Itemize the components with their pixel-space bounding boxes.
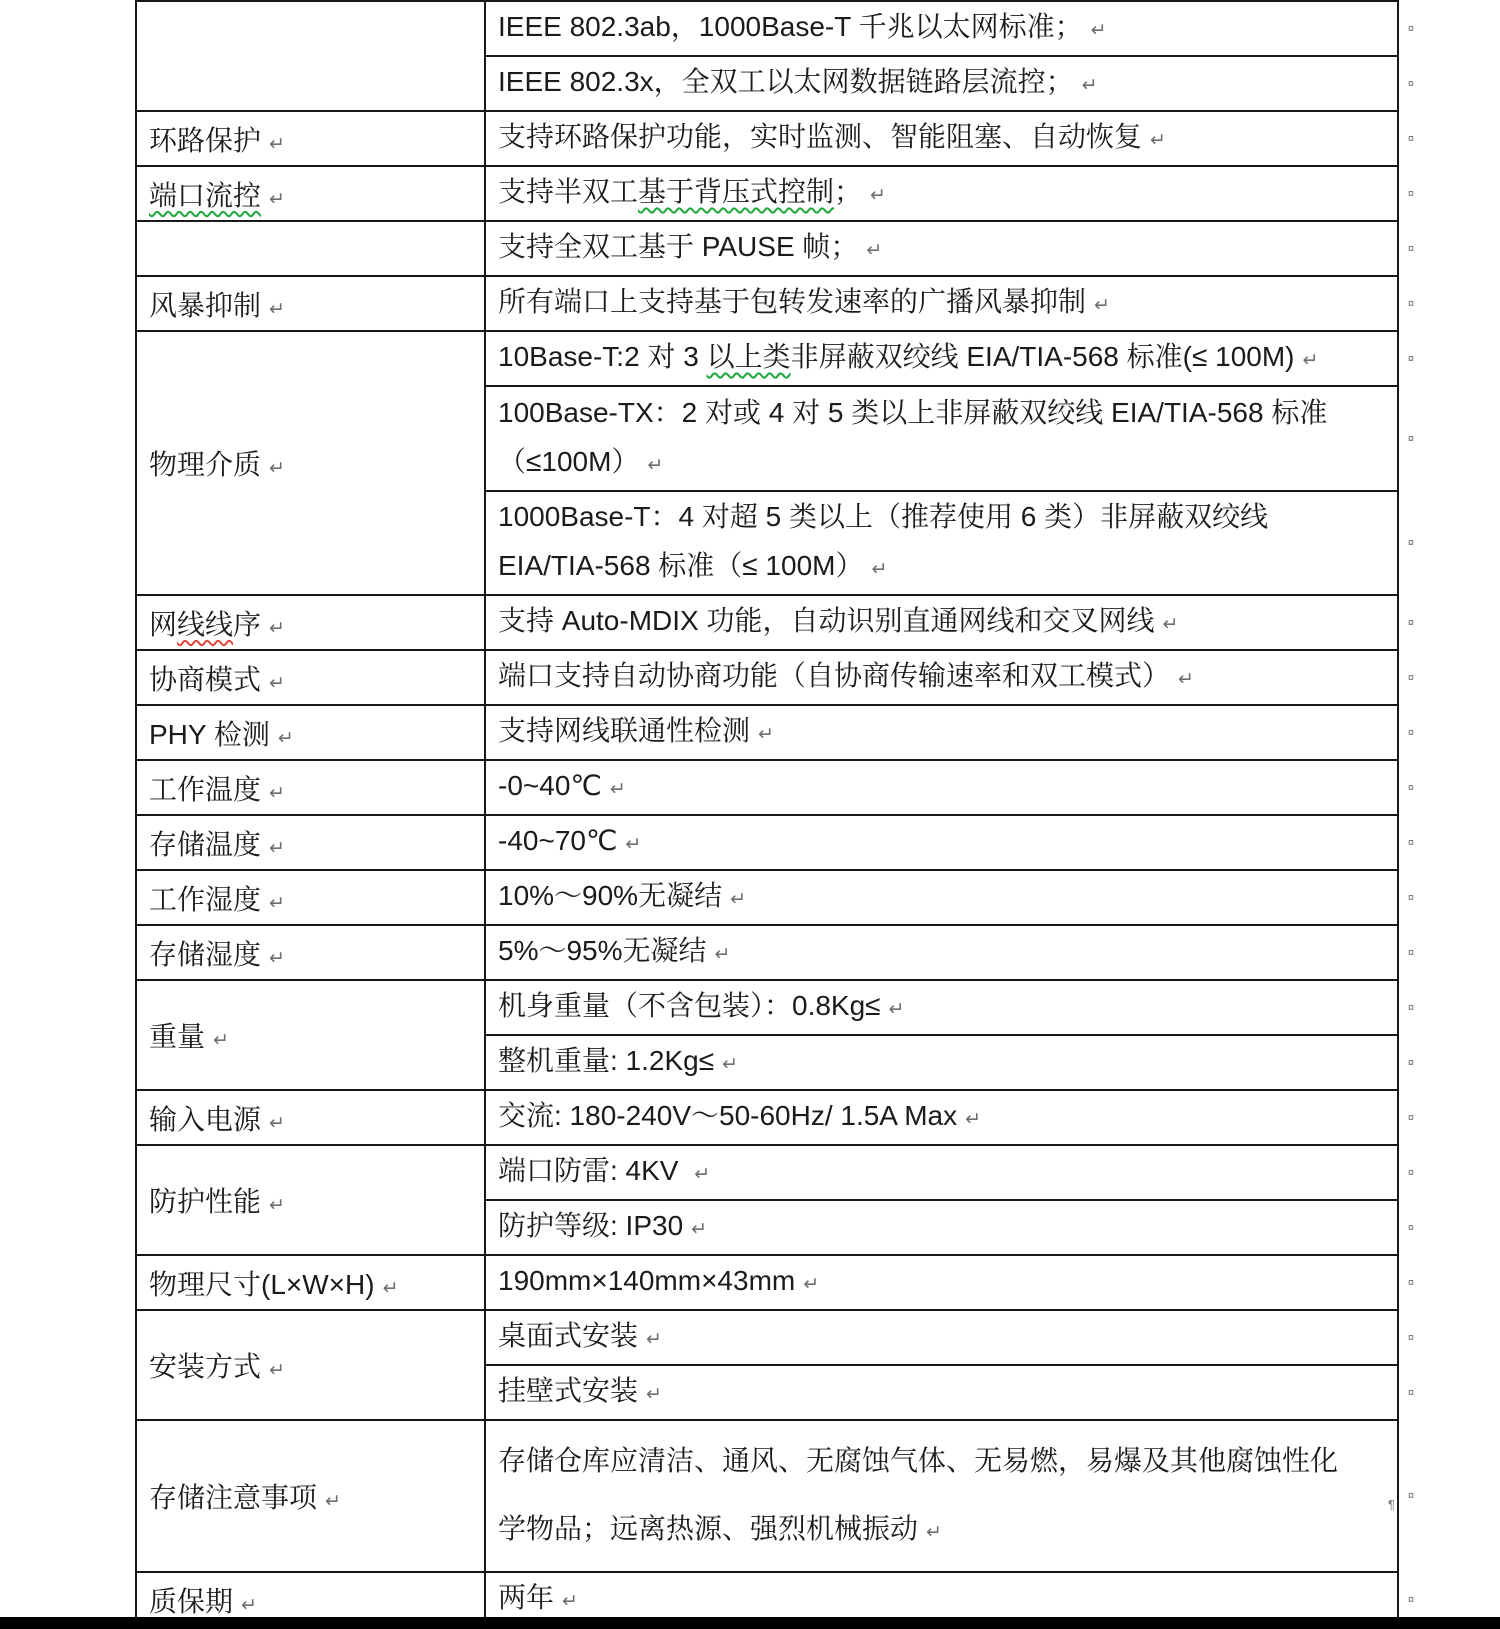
- text-segment: 端口支持自动协商功能（自协商传输速率和双工模式）: [498, 660, 1170, 691]
- text-segment: 重量: [149, 1021, 205, 1052]
- paragraph-mark-icon: ↵: [965, 1108, 981, 1130]
- text-segment: IEEE 802.3x，全双工以太网数据链路层流控；: [498, 66, 1074, 97]
- text-segment: 两年: [498, 1582, 554, 1613]
- spec-value-cell: 挂壁式安装↵¤: [485, 1365, 1398, 1420]
- paragraph-mark-icon: ↵: [241, 1594, 257, 1616]
- value-line: 100Base-TX：2 对或 4 对 5 类以上非屏蔽双绞线 EIA/TIA-…: [498, 388, 1389, 437]
- row-end-mark-icon: ¤: [1408, 78, 1414, 90]
- row-end-mark-icon: ¤: [1408, 1490, 1414, 1502]
- row-end-mark-icon: ¤: [1408, 892, 1414, 904]
- text-segment: 存储注意事项: [149, 1482, 317, 1513]
- table-row: 物理尺寸(L×W×H)↵190mm×140mm×43mm↵¤: [136, 1255, 1398, 1310]
- paragraph-mark-icon: ↵: [1302, 349, 1318, 371]
- value-line: 支持 Auto-MDIX 功能，自动识别直通网线和交叉网线↵: [498, 596, 1389, 649]
- value-line: 挂壁式安装↵: [498, 1366, 1389, 1419]
- paragraph-mark-icon: ↵: [803, 1273, 819, 1295]
- table-row: 网线线序↵支持 Auto-MDIX 功能，自动识别直通网线和交叉网线↵¤: [136, 595, 1398, 650]
- text-segment: EIA/TIA-568 标准（≤ 100M）: [498, 550, 863, 581]
- spec-value-cell: 1000Base-T：4 对超 5 类以上（推荐使用 6 类）非屏蔽双绞线EIA…: [485, 491, 1398, 595]
- text-segment: 支持 Auto-MDIX 功能，自动识别直通网线和交叉网线: [498, 605, 1155, 636]
- spec-label-cell: 安装方式↵: [136, 1310, 485, 1420]
- table-row: 工作湿度↵10%～90%无凝结↵¤: [136, 870, 1398, 925]
- text-segment: 安装方式: [149, 1351, 261, 1382]
- spec-label-cell: 防护性能↵: [136, 1145, 485, 1255]
- spec-label-cell: 重量↵: [136, 980, 485, 1090]
- spec-value-cell: 支持半双工基于背压式控制；↵¤: [485, 166, 1398, 221]
- paragraph-mark-icon: ↵: [269, 672, 285, 694]
- paragraph-mark-icon: ↵: [269, 837, 285, 859]
- paragraph-mark-icon: ↵: [269, 1359, 285, 1381]
- row-end-mark-icon: ¤: [1408, 617, 1414, 629]
- paragraph-mark-icon: ↵: [889, 998, 905, 1020]
- spec-label-cell: 存储湿度↵: [136, 925, 485, 980]
- spec-label-cell: 工作湿度↵: [136, 870, 485, 925]
- paragraph-mark-icon: ↵: [1178, 668, 1194, 690]
- table-row: 重量↵机身重量（不含包装）：0.8Kg≤↵¤: [136, 980, 1398, 1035]
- text-segment: ；: [834, 176, 862, 207]
- spec-value-cell: IEEE 802.3x，全双工以太网数据链路层流控；↵¤: [485, 56, 1398, 111]
- text-segment: 1000Base-T：4 对超 5 类以上（推荐使用 6 类）非屏蔽双绞线: [498, 501, 1268, 532]
- spec-value-cell: -0~40℃↵¤: [485, 760, 1398, 815]
- text-segment: 防护性能: [149, 1186, 261, 1217]
- table-row: 存储温度↵-40~70℃↵¤: [136, 815, 1398, 870]
- text-segment: 支持环路保护功能，实时监测、智能阻塞、自动恢复: [498, 121, 1142, 152]
- row-end-mark-icon: ¤: [1408, 353, 1414, 365]
- spec-label-cell: 端口流控↵: [136, 166, 485, 221]
- table-row: 防护性能↵端口防雷: 4KV ↵¤: [136, 1145, 1398, 1200]
- spec-value-cell: 支持 Auto-MDIX 功能，自动识别直通网线和交叉网线↵¤: [485, 595, 1398, 650]
- spec-label-cell: 存储温度↵: [136, 815, 485, 870]
- paragraph-mark-icon: ↵: [610, 778, 626, 800]
- spec-value-cell: 端口防雷: 4KV ↵¤: [485, 1145, 1398, 1200]
- paragraph-mark-icon: ↵: [647, 454, 663, 476]
- text-segment: 挂壁式安装: [498, 1375, 638, 1406]
- spec-label-cell: 工作温度↵: [136, 760, 485, 815]
- spec-table-body: IEEE 802.3ab，1000Base-T 千兆以太网标准；↵¤IEEE 8…: [136, 1, 1398, 1627]
- text-segment: 存储温度: [149, 829, 261, 860]
- spec-value-cell: 190mm×140mm×43mm↵¤: [485, 1255, 1398, 1310]
- paragraph-mark-icon: ↵: [269, 782, 285, 804]
- squiggle-green-text: 基于背压式控制: [638, 176, 834, 207]
- table-row: 风暴抑制↵所有端口上支持基于包转发速率的广播风暴抑制↵¤: [136, 276, 1398, 331]
- table-row: 物理介质↵10Base-T:2 对 3 以上类非屏蔽双绞线 EIA/TIA-56…: [136, 331, 1398, 386]
- paragraph-mark-icon: ↵: [1082, 74, 1098, 96]
- text-segment: 10Base-T:2 对 3: [498, 341, 707, 372]
- text-segment: 10%～90%无凝结: [498, 880, 722, 911]
- row-end-mark-icon: ¤: [1408, 537, 1414, 549]
- value-line: 交流: 180-240V～50-60Hz/ 1.5A Max↵: [498, 1091, 1389, 1144]
- table-row: 存储注意事项↵存储仓库应清洁、通风、无腐蚀气体、无易燃，易爆及其他腐蚀性化学物品…: [136, 1420, 1398, 1572]
- paragraph-mark-icon: ↵: [269, 617, 285, 639]
- paragraph-mark-icon: ↵: [562, 1590, 578, 1612]
- paragraph-mark-icon: ↵: [871, 558, 887, 580]
- table-row: 工作温度↵-0~40℃↵¤: [136, 760, 1398, 815]
- paragraph-mark-icon: ↵: [269, 947, 285, 969]
- paragraph-mark-icon: ↵: [383, 1277, 399, 1299]
- value-line: 10%～90%无凝结↵: [498, 871, 1389, 924]
- spec-table: IEEE 802.3ab，1000Base-T 千兆以太网标准；↵¤IEEE 8…: [135, 0, 1399, 1628]
- value-line: 端口防雷: 4KV ↵: [498, 1146, 1389, 1199]
- value-line: 学物品；远离热源、强烈机械振动↵: [498, 1495, 1389, 1566]
- paragraph-mark-icon: ↵: [1091, 19, 1107, 41]
- row-end-mark-icon: ¤: [1408, 298, 1414, 310]
- spec-value-cell: 整机重量: 1.2Kg≤↵¤: [485, 1035, 1398, 1090]
- paragraph-mark-icon: ↵: [870, 184, 886, 206]
- spec-label-cell: 输入电源↵: [136, 1090, 485, 1145]
- value-line: 整机重量: 1.2Kg≤↵: [498, 1036, 1389, 1089]
- paragraph-mark-icon: ↵: [926, 1521, 942, 1543]
- table-row: 输入电源↵交流: 180-240V～50-60Hz/ 1.5A Max↵¤: [136, 1090, 1398, 1145]
- text-segment: 风暴抑制: [149, 290, 261, 321]
- paragraph-mark-icon: ↵: [625, 833, 641, 855]
- value-line: -0~40℃↵: [498, 761, 1389, 814]
- row-end-mark-icon: ¤: [1408, 1167, 1414, 1179]
- text-segment: 190mm×140mm×43mm: [498, 1265, 795, 1296]
- row-end-mark-icon: ¤: [1408, 188, 1414, 200]
- spec-value-cell: IEEE 802.3ab，1000Base-T 千兆以太网标准；↵¤: [485, 1, 1398, 56]
- spec-value-cell: 桌面式安装↵¤: [485, 1310, 1398, 1365]
- text-segment: 支持全双工基于 PAUSE 帧；: [498, 231, 858, 262]
- paragraph-mark-icon: ↵: [758, 723, 774, 745]
- text-segment: 交流: 180-240V～50-60Hz/ 1.5A Max: [498, 1100, 957, 1131]
- spec-label-cell: 风暴抑制↵: [136, 276, 485, 331]
- paragraph-mark-icon: ↵: [1094, 294, 1110, 316]
- paragraph-mark-icon: ↵: [722, 1053, 738, 1075]
- row-end-mark-icon: ¤: [1408, 1057, 1414, 1069]
- text-segment: 非屏蔽双绞线 EIA/TIA-568 标准(≤ 100M): [791, 341, 1295, 372]
- row-end-mark-icon: ¤: [1408, 672, 1414, 684]
- value-line: 支持半双工基于背压式控制；↵: [498, 167, 1389, 220]
- text-segment: 物理尺寸(L×W×H): [149, 1269, 375, 1300]
- spec-value-cell: 支持环路保护功能，实时监测、智能阻塞、自动恢复↵¤: [485, 111, 1398, 166]
- paragraph-mark-icon: ↵: [1150, 129, 1166, 151]
- text-segment: 序: [233, 609, 261, 640]
- spec-value-cell: 支持全双工基于 PAUSE 帧；↵¤: [485, 221, 1398, 276]
- spec-label-cell-empty: [136, 1, 485, 111]
- paragraph-mark-icon: ↵: [213, 1029, 229, 1051]
- spec-value-cell: 5%～95%无凝结↵¤: [485, 925, 1398, 980]
- value-line: 防护等级: IP30↵: [498, 1201, 1389, 1254]
- text-segment: 质保期: [149, 1586, 233, 1617]
- page-bottom-divider: [0, 1617, 1500, 1629]
- table-row: PHY 检测↵支持网线联通性检测↵¤: [136, 705, 1398, 760]
- value-line: 支持全双工基于 PAUSE 帧；↵: [498, 222, 1389, 275]
- value-line: 5%～95%无凝结↵: [498, 926, 1389, 979]
- paragraph-mark-icon: ↵: [646, 1383, 662, 1405]
- squiggle-red-text: 线线: [177, 609, 233, 640]
- row-end-mark-icon: ¤: [1408, 782, 1414, 794]
- spec-label-cell: 存储注意事项↵: [136, 1420, 485, 1572]
- text-segment: 工作湿度: [149, 884, 261, 915]
- text-segment: 机身重量（不含包装）：0.8Kg≤: [498, 990, 881, 1021]
- value-line: 机身重量（不含包装）：0.8Kg≤↵: [498, 981, 1389, 1034]
- row-end-mark-icon: ¤: [1408, 837, 1414, 849]
- table-row: 支持全双工基于 PAUSE 帧；↵¤: [136, 221, 1398, 276]
- text-segment: IEEE 802.3ab，1000Base-T 千兆以太网标准；: [498, 11, 1083, 42]
- text-segment: 协商模式: [149, 664, 261, 695]
- spec-value-cell: 所有端口上支持基于包转发速率的广播风暴抑制↵¤: [485, 276, 1398, 331]
- paragraph-mark-icon: ↵: [269, 298, 285, 320]
- row-end-mark-icon: ¤: [1408, 727, 1414, 739]
- paragraph-mark-icon: ↵: [694, 1163, 710, 1185]
- paragraph-mark-icon: ↵: [691, 1218, 707, 1240]
- table-row: IEEE 802.3ab，1000Base-T 千兆以太网标准；↵¤: [136, 1, 1398, 56]
- paragraph-mark-icon: ↵: [325, 1490, 341, 1512]
- value-line: 存储仓库应清洁、通风、无腐蚀气体、无易燃，易爆及其他腐蚀性化: [498, 1427, 1389, 1495]
- text-segment: 5%～95%无凝结: [498, 935, 707, 966]
- row-end-mark-icon: ¤: [1408, 23, 1414, 35]
- text-segment: PHY 检测: [149, 719, 270, 750]
- table-row: 环路保护↵支持环路保护功能，实时监测、智能阻塞、自动恢复↵¤: [136, 111, 1398, 166]
- spec-value-cell: 10Base-T:2 对 3 以上类非屏蔽双绞线 EIA/TIA-568 标准(…: [485, 331, 1398, 386]
- text-segment: 支持半双工: [498, 176, 638, 207]
- paragraph-mark-icon: ↵: [278, 727, 294, 749]
- row-end-mark-icon: ¤: [1408, 1277, 1414, 1289]
- spec-label-cell-empty: [136, 221, 485, 276]
- paragraph-mark-icon: ↵: [269, 1112, 285, 1134]
- paragraph-mark-icon: ↵: [269, 892, 285, 914]
- text-segment: 学物品；远离热源、强烈机械振动: [498, 1513, 918, 1544]
- spec-value-cell: 存储仓库应清洁、通风、无腐蚀气体、无易燃，易爆及其他腐蚀性化学物品；远离热源、强…: [485, 1420, 1398, 1572]
- text-segment: -40~70℃: [498, 825, 617, 856]
- row-end-mark-icon: ¤: [1408, 1112, 1414, 1124]
- row-end-mark-icon: ¤: [1408, 1387, 1414, 1399]
- text-segment: 网: [149, 609, 177, 640]
- spec-label-cell: 环路保护↵: [136, 111, 485, 166]
- row-end-mark-icon: ¤: [1408, 433, 1414, 445]
- spec-value-cell: 机身重量（不含包装）：0.8Kg≤↵¤: [485, 980, 1398, 1035]
- value-line: -40~70℃↵: [498, 816, 1389, 869]
- text-segment: 支持网线联通性检测: [498, 715, 750, 746]
- spec-value-cell: -40~70℃↵¤: [485, 815, 1398, 870]
- spec-label-cell: 物理介质↵: [136, 331, 485, 595]
- value-line: 支持环路保护功能，实时监测、智能阻塞、自动恢复↵: [498, 112, 1389, 165]
- paragraph-mark-icon: ↵: [866, 239, 882, 261]
- paragraph-mark-icon: ↵: [646, 1328, 662, 1350]
- squiggle-green-text: 以上类: [707, 341, 791, 372]
- spec-label-cell: 协商模式↵: [136, 650, 485, 705]
- text-segment: 环路保护: [149, 125, 261, 156]
- paragraph-mark-icon: ↵: [730, 888, 746, 910]
- spec-label-cell: 网线线序↵: [136, 595, 485, 650]
- text-segment: -0~40℃: [498, 770, 602, 801]
- row-end-mark-icon: ¤: [1408, 947, 1414, 959]
- text-segment: 桌面式安装: [498, 1320, 638, 1351]
- paragraph-mark-icon: ↵: [1163, 613, 1179, 635]
- text-segment: 输入电源: [149, 1104, 261, 1135]
- value-line: EIA/TIA-568 标准（≤ 100M）↵: [498, 541, 1389, 594]
- row-end-mark-icon: ¤: [1408, 1002, 1414, 1014]
- text-segment: 整机重量: 1.2Kg≤: [498, 1045, 714, 1076]
- text-segment: 100Base-TX：2 对或 4 对 5 类以上非屏蔽双绞线 EIA/TIA-…: [498, 397, 1327, 428]
- value-line: 支持网线联通性检测↵: [498, 706, 1389, 759]
- value-line: 桌面式安装↵: [498, 1311, 1389, 1364]
- row-end-mark-icon: ¤: [1408, 1332, 1414, 1344]
- value-line: （≤100M）↵: [498, 437, 1389, 490]
- value-line: 190mm×140mm×43mm↵: [498, 1256, 1389, 1309]
- value-line: 10Base-T:2 对 3 以上类非屏蔽双绞线 EIA/TIA-568 标准(…: [498, 332, 1389, 385]
- paragraph-mark-icon: ↵: [715, 943, 731, 965]
- spec-value-cell: 支持网线联通性检测↵¤: [485, 705, 1398, 760]
- spec-value-cell: 10%～90%无凝结↵¤: [485, 870, 1398, 925]
- text-segment: 物理介质: [149, 449, 261, 480]
- spec-value-cell: 交流: 180-240V～50-60Hz/ 1.5A Max↵¤: [485, 1090, 1398, 1145]
- value-line: IEEE 802.3x，全双工以太网数据链路层流控；↵: [498, 57, 1389, 110]
- row-end-mark-icon: ¤: [1408, 1222, 1414, 1234]
- text-segment: 防护等级: IP30: [498, 1210, 683, 1241]
- after-table-paragraph-mark-icon: ¶: [1388, 1497, 1395, 1512]
- value-line: 1000Base-T：4 对超 5 类以上（推荐使用 6 类）非屏蔽双绞线: [498, 492, 1389, 541]
- table-row: 协商模式↵端口支持自动协商功能（自协商传输速率和双工模式）↵¤: [136, 650, 1398, 705]
- row-end-mark-icon: ¤: [1408, 133, 1414, 145]
- paragraph-mark-icon: ↵: [269, 133, 285, 155]
- text-segment: 工作温度: [149, 774, 261, 805]
- spec-value-cell: 100Base-TX：2 对或 4 对 5 类以上非屏蔽双绞线 EIA/TIA-…: [485, 386, 1398, 491]
- squiggle-green-text: 端口流控: [149, 180, 261, 211]
- text-segment: 所有端口上支持基于包转发速率的广播风暴抑制: [498, 286, 1086, 317]
- paragraph-mark-icon: ↵: [269, 457, 285, 479]
- paragraph-mark-icon: ↵: [269, 1194, 285, 1216]
- table-row: 安装方式↵桌面式安装↵¤: [136, 1310, 1398, 1365]
- spec-value-cell: 防护等级: IP30↵¤: [485, 1200, 1398, 1255]
- text-segment: 存储仓库应清洁、通风、无腐蚀气体、无易燃，易爆及其他腐蚀性化: [498, 1445, 1338, 1476]
- table-row: 端口流控↵支持半双工基于背压式控制；↵¤: [136, 166, 1398, 221]
- paragraph-mark-icon: ↵: [269, 188, 285, 210]
- spec-label-cell: PHY 检测↵: [136, 705, 485, 760]
- value-line: IEEE 802.3ab，1000Base-T 千兆以太网标准；↵: [498, 2, 1389, 55]
- spec-value-cell: 端口支持自动协商功能（自协商传输速率和双工模式）↵¤: [485, 650, 1398, 705]
- value-line: 端口支持自动协商功能（自协商传输速率和双工模式）↵: [498, 651, 1389, 704]
- text-segment: 端口防雷: 4KV: [498, 1155, 686, 1186]
- row-end-mark-icon: ¤: [1408, 243, 1414, 255]
- spec-label-cell: 物理尺寸(L×W×H)↵: [136, 1255, 485, 1310]
- row-end-mark-icon: ¤: [1408, 1594, 1414, 1606]
- text-segment: （≤100M）: [498, 446, 639, 477]
- text-segment: 存储湿度: [149, 939, 261, 970]
- value-line: 所有端口上支持基于包转发速率的广播风暴抑制↵: [498, 277, 1389, 330]
- table-row: 存储湿度↵5%～95%无凝结↵¤: [136, 925, 1398, 980]
